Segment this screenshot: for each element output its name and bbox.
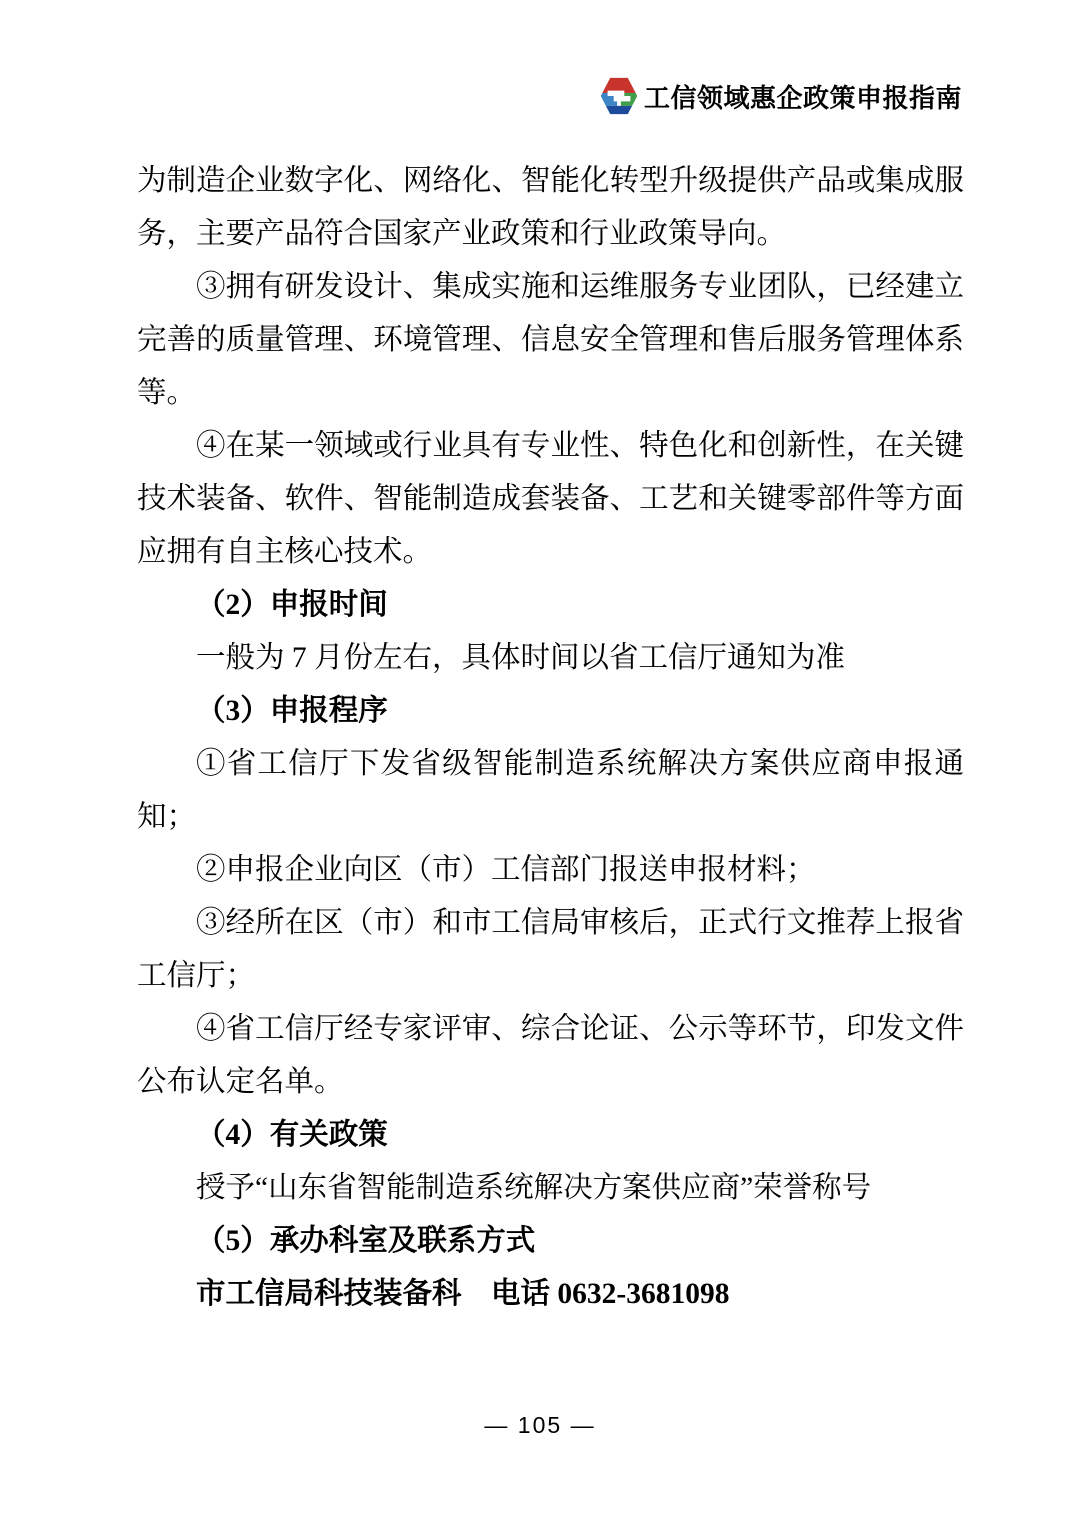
- page-number: — 105 —: [484, 1412, 595, 1438]
- document-page: 工信领域惠企政策申报指南 为制造企业数字化、网络化、智能化转型升级提供产品或集成…: [0, 0, 1080, 1527]
- header-title: 工信领域惠企政策申报指南: [644, 78, 962, 115]
- paragraph: ④省工信厅经专家评审、综合论证、公示等环节，印发文件公布认定名单。: [137, 1003, 964, 1109]
- paragraph: （5）承办科室及联系方式: [137, 1215, 964, 1268]
- page-footer: — 105 —: [0, 1412, 1080, 1439]
- paragraph: ①省工信厅下发省级智能制造系统解决方案供应商申报通知；: [137, 738, 964, 844]
- paragraph: ③拥有研发设计、集成实施和运维服务专业团队，已经建立完善的质量管理、环境管理、信…: [137, 261, 964, 420]
- paragraph: 一般为 7 月份左右，具体时间以省工信厅通知为准: [137, 632, 964, 685]
- paragraph: ④在某一领域或行业具有专业性、特色化和创新性，在关键技术装备、软件、智能制造成套…: [137, 420, 964, 579]
- hexagon-guide-logo-icon: [600, 76, 638, 116]
- paragraph: ③经所在区（市）和市工信局审核后，正式行文推荐上报省工信厅；: [137, 897, 964, 1003]
- page-header: 工信领域惠企政策申报指南: [600, 76, 962, 116]
- paragraph: （2）申报时间: [137, 579, 964, 632]
- paragraph: ②申报企业向区（市）工信部门报送申报材料；: [137, 844, 964, 897]
- paragraph: 授予“山东省智能制造系统解决方案供应商”荣誉称号: [137, 1162, 964, 1215]
- paragraph: 市工信局科技装备科 电话 0632-3681098: [137, 1268, 964, 1321]
- paragraph: （4）有关政策: [137, 1109, 964, 1162]
- document-body: 为制造企业数字化、网络化、智能化转型升级提供产品或集成服务，主要产品符合国家产业…: [137, 155, 964, 1321]
- paragraph: （3）申报程序: [137, 685, 964, 738]
- paragraph: 为制造企业数字化、网络化、智能化转型升级提供产品或集成服务，主要产品符合国家产业…: [137, 155, 964, 261]
